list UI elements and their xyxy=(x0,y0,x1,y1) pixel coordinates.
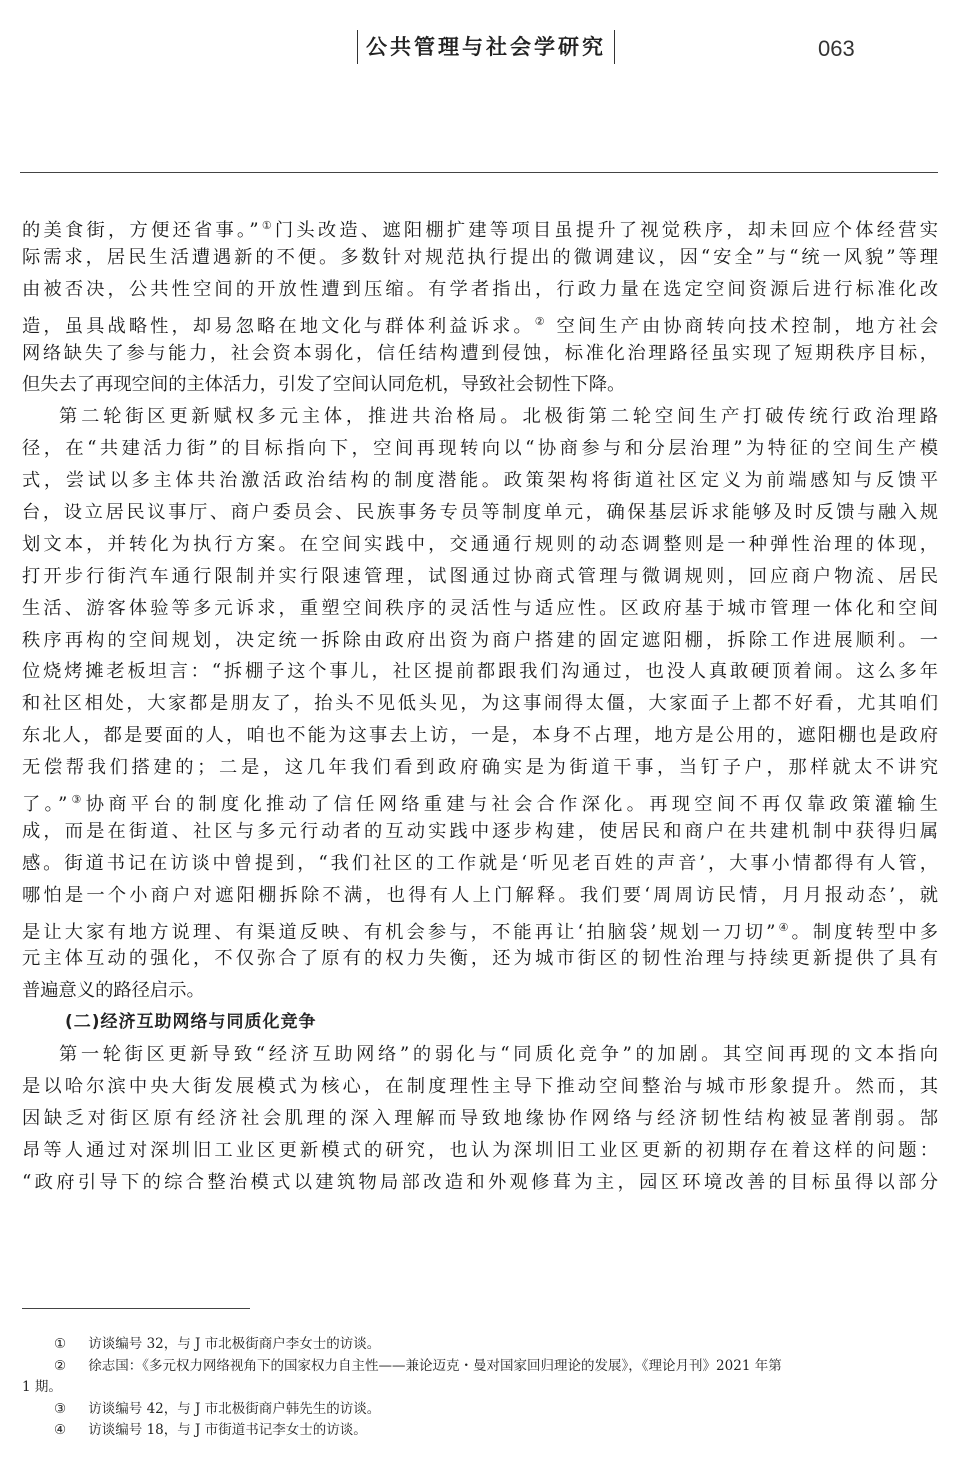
text-line: 是让大家有地方说理、有渠道反映、有机会参与，不能再让‘拍脑袋’规划一刀切”④。制… xyxy=(22,912,938,944)
footnote-2-continuation: 1 期。 xyxy=(22,1377,938,1399)
header-rule xyxy=(20,172,938,173)
article-body: 的美食街，方便还省事。”①门头改造、遮阳棚扩建等项目虽提升了视觉秩序，却未回应个… xyxy=(22,210,938,1199)
text-line: “政府引导下的综合整治模式以建筑物局部改造和外观修葺为主，园区环境改善的目标虽得… xyxy=(22,1167,938,1199)
text-line: 第二轮街区更新赋权多元主体，推进共治格局。北极街第二轮空间生产打破传统行政治理路 xyxy=(22,401,938,433)
footnote-reference: ④ xyxy=(776,921,792,934)
footnote-1: ① 访谈编号 32，与 J 市北极街商户李女士的访谈。 xyxy=(22,1334,938,1356)
footnote-text: 访谈编号 18，与 J 市街道书记李女士的访谈。 xyxy=(88,1422,366,1438)
text-line: 成，而是在街道、社区与多元行动者的互动实践中逐步构建，使居民和商户在共建机制中获… xyxy=(22,816,938,848)
text-line: 径，在“共建活力街”的目标指向下，空间再现转向以“协商参与和分层治理”为特征的空… xyxy=(22,433,938,465)
footnote-mark: ④ xyxy=(22,1420,84,1442)
footnote-mark: ② xyxy=(22,1356,84,1378)
text-line: 际需求，居民生活遭遇新的不便。多数针对规范执行提出的微调建议，因“安全”与“统一… xyxy=(22,242,938,274)
footnote-3: ③ 访谈编号 42，与 J 市北极街商户韩先生的访谈。 xyxy=(22,1399,938,1421)
page-header: 公共管理与社会学研究 063 xyxy=(0,0,958,180)
text-line: 因缺乏对街区原有经济社会肌理的深入理解而导致地缘协作网络与经济韧性结构被显著削弱… xyxy=(22,1103,938,1135)
text-line: 位烧烤摊老板坦言：“拆棚子这个事儿，社区提前都跟我们沟通过，也没人真敢硬顶着闹。… xyxy=(22,656,938,688)
section-heading: (二)经济互助网络与同质化竞争 xyxy=(22,1007,938,1039)
footnote-mark: ① xyxy=(22,1334,84,1356)
text-line: 秩序再构的空间规划，决定统一拆除由政府出资为商户搭建的固定遮阳棚，拆除工作进展顺… xyxy=(22,625,938,657)
footnote-text: 徐志国：《多元权力网络视角下的国家权力自主性——兼论迈克・曼对国家回归理论的发展… xyxy=(88,1358,781,1374)
text-line: 网络缺失了参与能力，社会资本弱化，信任结构遭到侵蚀，标准化治理路径虽实现了短期秩… xyxy=(22,338,938,370)
text-line: 和社区相处，大家都是朋友了，抬头不见低头见，为这事闹得太僵，大家面子上都不好看，… xyxy=(22,688,938,720)
text-line: 的美食街，方便还省事。”①门头改造、遮阳棚扩建等项目虽提升了视觉秩序，却未回应个… xyxy=(22,210,938,242)
footnote-mark: ③ xyxy=(22,1399,84,1421)
text-line: 台，设立居民议事厅、商户委员会、民族事务专员等制度单元，确保基层诉求能够及时反馈… xyxy=(22,497,938,529)
page-number: 063 xyxy=(818,36,855,62)
journal-title: 公共管理与社会学研究 xyxy=(357,30,615,64)
footnote-text: 访谈编号 32，与 J 市北极街商户李女士的访谈。 xyxy=(88,1336,380,1352)
text-line: 东北人，都是要面的人，咱也不能为这事去上访，一是，本身不占理，地方是公用的，遮阳… xyxy=(22,720,938,752)
text-line: 打开步行街汽车通行限制并实行限速管理，试图通过协商式管理与微调规则，回应商户物流… xyxy=(22,561,938,593)
footnote-4: ④ 访谈编号 18，与 J 市街道书记李女士的访谈。 xyxy=(22,1420,938,1442)
text-line: 元主体互动的强化，不仅弥合了原有的权力失衡，还为城市街区的韧性治理与持续更新提供… xyxy=(22,943,938,975)
footnote-reference: ② xyxy=(535,315,548,328)
text-line: 式，尝试以多主体共治激活政治结构的制度潜能。政策架构将街道社区定义为前端感知与反… xyxy=(22,465,938,497)
text-line: 哪怕是一个小商户对遮阳棚拆除不满，也得有人上门解释。我们要‘周周访民情，月月报动… xyxy=(22,880,938,912)
footnotes: ① 访谈编号 32，与 J 市北极街商户李女士的访谈。 ② 徐志国：《多元权力网… xyxy=(22,1334,938,1442)
text-line: 第一轮街区更新导致“经济互助网络”的弱化与“同质化竞争”的加剧。其空间再现的文本… xyxy=(22,1039,938,1071)
text-line: 了。”③协商平台的制度化推动了信任网络重建与社会合作深化。再现空间不再仅靠政策灌… xyxy=(22,784,938,816)
text-line: 是以哈尔滨中央大街发展模式为核心，在制度理性主导下推动空间整治与城市形象提升。然… xyxy=(22,1071,938,1103)
footnote-text: 访谈编号 42，与 J 市北极街商户韩先生的访谈。 xyxy=(88,1401,380,1417)
text-line: 生活、游客体验等多元诉求，重塑空间秩序的灵活性与适应性。区政府基于城市管理一体化… xyxy=(22,593,938,625)
text-line: 但失去了再现空间的主体活力，引发了空间认同危机，导致社会韧性下降。 xyxy=(22,369,938,401)
paragraph: 第二轮街区更新赋权多元主体，推进共治格局。北极街第二轮空间生产打破传统行政治理路… xyxy=(22,401,938,1007)
text-line: 造，虽具战略性，却易忽略在地文化与群体利益诉求。② 空间生产由协商转向技术控制，… xyxy=(22,306,938,338)
paragraph: 的美食街，方便还省事。”①门头改造、遮阳棚扩建等项目虽提升了视觉秩序，却未回应个… xyxy=(22,210,938,401)
footnote-separator xyxy=(22,1308,250,1309)
footnote-reference: ③ xyxy=(67,793,85,806)
text-line: 昂等人通过对深圳旧工业区更新模式的研究，也认为深圳旧工业区更新的初期存在着这样的… xyxy=(22,1135,938,1167)
text-line: 划文本，并转化为执行方案。在空间实践中，交通通行规则的动态调整则是一种弹性治理的… xyxy=(22,529,938,561)
paragraph: 第一轮街区更新导致“经济互助网络”的弱化与“同质化竞争”的加剧。其空间再现的文本… xyxy=(22,1039,938,1198)
text-line: 由被否决，公共性空间的开放性遭到压缩。有学者指出，行政力量在选定空间资源后进行标… xyxy=(22,274,938,306)
text-line: 无偿帮我们搭建的；二是，这几年我们看到政府确实是为街道干事，当钉子户，那样就太不… xyxy=(22,752,938,784)
text-line: 感。街道书记在访谈中曾提到，“我们社区的工作就是‘听见老百姓的声音’，大事小情都… xyxy=(22,848,938,880)
footnote-2: ② 徐志国：《多元权力网络视角下的国家权力自主性——兼论迈克・曼对国家回归理论的… xyxy=(22,1356,938,1378)
text-line: 普遍意义的路径启示。 xyxy=(22,975,938,1007)
footnote-reference: ① xyxy=(259,219,275,232)
